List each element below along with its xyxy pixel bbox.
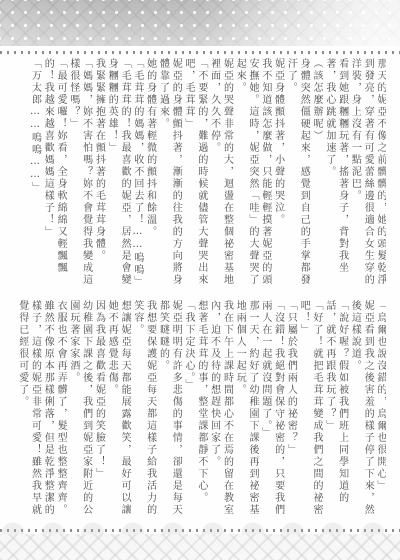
text-column-paragraph: 「好了！就把毛茸茸變成我們之間的祕密吧！」 <box>296 300 322 526</box>
text-column-paragraph: 想讓妮亞每天都能展露歡笑，最好可以讓她不再感覺悲傷。 <box>104 300 130 526</box>
lace-watermark-bottom <box>0 534 400 560</box>
text-column-paragraph: 「不要緊的，難過的時候就儘管大聲哭出來吧，毛茸茸」 <box>181 58 207 290</box>
text-column-paragraph: 想著毛茸茸的事，整堂課都靜不下心。 <box>194 300 207 526</box>
text-column-paragraph: 我想要保護妮亞每天都這樣子給我活力的笑容。 <box>130 300 156 526</box>
text-band-upper: 那天的妮亞不像之前髒髒的，她的頭髮乾淨到發亮，穿著有可愛蕾絲邊很適合女生穿的洋裝… <box>14 58 386 290</box>
text-column-paragraph: 「烏爾也說沒錯的，烏爾也很開心」 <box>373 300 386 526</box>
text-column-paragraph: 「說好喔？假如被我們班上同學知道的話，就不再跟我玩了？」 <box>322 300 348 526</box>
text-column-paragraph: 「只屬於我們兩人的祕密？」 <box>284 300 297 526</box>
text-column-paragraph: 「万太郎……嗚嗚……」 <box>28 58 41 290</box>
text-band-lower: 「烏爾也說沒錯的，烏爾也很開心」妮亞看到我之後害羞的樣子停了下來，然後這樣說道。… <box>14 300 386 526</box>
text-column-paragraph: 「沒錯！我絕對會保守祕密的，只要我們兩人在一起就沒問題了。」 <box>258 300 284 526</box>
text-column-paragraph: 妮亞身體顫抖著，小聲的哭泣。 <box>271 58 284 290</box>
text-column-paragraph: 身體突然僵硬起來，感覺到自己的手掌都發汗了。 <box>284 58 310 290</box>
text-column-paragraph: 「毛茸茸的媽媽，收不回去了！……嗚嗚」 <box>130 58 143 290</box>
lace-banner-top <box>0 0 400 46</box>
dotted-divider-top <box>0 51 400 54</box>
text-column-paragraph: 因為我最喜歡看妮亞的笑臉了！」 <box>92 300 105 526</box>
text-column-paragraph: 「最可愛囉！妳看，全身軟綿綿又輕飄飄的！我越來越喜歡媽媽這樣子！」 <box>40 58 66 290</box>
text-column-paragraph: 「我下定決心。」 <box>181 300 194 526</box>
text-column-paragraph: 妮亞明明有許多悲傷的事情，卻還是每天都笑瞇瞇的。 <box>156 300 182 526</box>
text-column-paragraph: 妮亞看到我之後害羞的樣子停了下來，然後這樣說道。 <box>348 300 374 526</box>
text-column-paragraph: 衣服也不會再弄髒了，髮型也整整齊齊。 <box>53 300 66 526</box>
text-column-paragraph: 她的身體有著輕微的顫抖和餘溫。 <box>143 58 156 290</box>
text-column-paragraph: 妮亞的哭聲非常的大，迴盪在整個祕密基地裡面，久久不停。 <box>207 58 233 290</box>
text-column-paragraph: 那一天，約好了幼稚園下課後再到祕密基地兩個人一起玩。 <box>232 300 258 526</box>
novel-page: 那天的妮亞不像之前髒髒的，她的頭髮乾淨到發亮，穿著有可愛蕾絲邊很適合女生穿的洋裝… <box>0 0 400 560</box>
text-column-paragraph: 妮亞的身體顫抖著，漸漸的往我的方向將身體靠了過來。 <box>156 58 182 290</box>
text-column-paragraph: 那天的妮亞不像之前髒髒的，她的頭髮乾淨到發亮，穿著有可愛蕾絲邊很適合女生穿的洋裝… <box>348 58 386 290</box>
text-column-paragraph: 我在下午上課時間都心不在焉的留在教室內，迫不及待的想趕快回家了。 <box>207 300 233 526</box>
text-column-paragraph: 我不知道該怎麼做，只能輕輕摸著妮亞的頭安撫她。這時，妮亞突然「哇」的大聲哭了起來… <box>232 58 270 290</box>
text-column-paragraph: 「媽媽，妳不害怕嗎？妳不會覺得我變成這樣很怪嗎？」 <box>66 58 92 290</box>
text-column-paragraph: 雖然不像原本那樣俐落，但是乾淨整潔的樣子，這樣的妮亞非常可愛！雖然我早就覺得已經… <box>15 300 53 526</box>
text-column-paragraph: 幼稚園下課之後，我們到妮亞家附近的公園玩著家家酒。 <box>66 300 92 526</box>
text-column-paragraph: 我緊緊擁抱著在顫抖著的毛茸茸身體。 <box>92 58 105 290</box>
text-column-paragraph: 看到她跟糰糰玩著，搖著身子，背對我坐著，我心跳就加速了。 <box>322 58 348 290</box>
text-column-paragraph: （該怎麼辦呢） <box>309 58 322 290</box>
text-column-paragraph: 「毛茸茸的！我最喜歡的妮亞，居然是會變身糰糰的英雄！」 <box>104 58 130 290</box>
